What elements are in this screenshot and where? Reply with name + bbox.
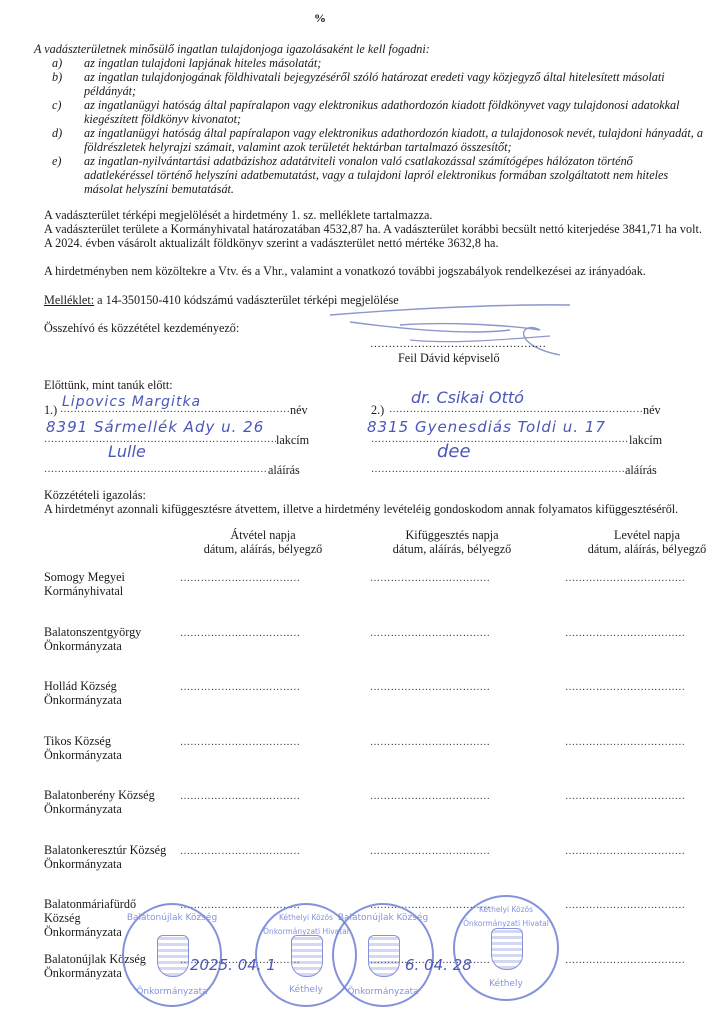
list-item: b)az ingatlan tulajdonjogának földhivata… [34, 70, 704, 98]
removal-field[interactable]: ……………………………………… [565, 736, 685, 750]
list-item: a)az ingatlan tulajdoni lapjának hiteles… [34, 56, 704, 70]
handwritten-signature: dee [437, 445, 471, 459]
table-row-label: Balatonkeresztúr KözségÖnkormányzata [44, 843, 174, 871]
removal-field[interactable]: ……………………………………… [565, 681, 685, 695]
posting-field[interactable]: ……………………………………… [370, 736, 490, 750]
table-row-label: BalatonszentgyörgyÖnkormányzata [44, 625, 174, 653]
list-item: d)az ingatlanügyi hatóság által papírala… [34, 126, 704, 154]
office-stamp: Kéthelyi Közös Önkormányzati Hivatal Két… [453, 895, 559, 1001]
map-note: A vadászterület térképi megjelölését a h… [44, 208, 704, 222]
receipt-field[interactable]: ……………………………………… [180, 572, 300, 586]
page-mark: % [0, 11, 640, 25]
attachment-label: Melléklet: [44, 293, 94, 307]
removal-field[interactable]: ……………………………………… [565, 845, 685, 859]
signature-line: ………………………………………… [370, 337, 598, 351]
publication-heading: Közzétételi igazolás: [44, 488, 704, 502]
removal-field[interactable]: ……………………………………… [565, 627, 685, 641]
posting-field[interactable]: ……………………………………… [370, 681, 490, 695]
coat-of-arms-icon [491, 928, 523, 970]
coat-of-arms-icon [368, 935, 400, 977]
receipt-field[interactable]: ……………………………………… [180, 845, 300, 859]
handwritten-stamp-date: 6. 04. 28 [405, 958, 472, 972]
posting-field[interactable]: ……………………………………… [370, 627, 490, 641]
receipt-field[interactable]: ……………………………………… [180, 790, 300, 804]
posting-field[interactable]: ……………………………………… [370, 790, 490, 804]
publication-statement: A hirdetményt azonnali kifüggesztésre át… [44, 502, 704, 516]
list-item: c)az ingatlanügyi hatóság által papírala… [34, 98, 704, 126]
removal-field[interactable]: ……………………………………… [565, 954, 685, 968]
receipt-field[interactable]: ……………………………………… [180, 736, 300, 750]
coat-of-arms-icon [157, 935, 189, 977]
receipt-field[interactable]: ……………………………………… [180, 681, 300, 695]
removal-field[interactable]: ……………………………………… [565, 790, 685, 804]
requirements-list: a)az ingatlan tulajdoni lapjának hiteles… [34, 56, 704, 196]
handwritten-address: 8391 Sármellék Ady u. 26 [46, 420, 264, 434]
removal-field[interactable]: ……………………………………… [565, 899, 685, 913]
table-row-label: Tikos KözségÖnkormányzata [44, 734, 174, 762]
witness-2-name-field[interactable]: 2.) ………………………………………………………………… név dr. Cs… [371, 403, 691, 417]
area-note: A vadászterület területe a Kormányhivata… [44, 222, 704, 250]
witnesses-heading: Előttünk, mint tanúk előtt: [44, 378, 704, 392]
handwritten-name: Lipovics Margitka [62, 395, 201, 409]
handwritten-signature: Lulle [108, 445, 146, 459]
table-row-label: Balatonberény KözségÖnkormányzata [44, 788, 174, 816]
posting-field[interactable]: ……………………………………… [370, 845, 490, 859]
municipal-stamp: Balatonújlak Község Önkormányzata [122, 903, 222, 1007]
coat-of-arms-icon [291, 935, 323, 977]
handwritten-name: dr. Csikai Ottó [411, 391, 524, 405]
intro-text: A vadászterületnek minősülő ingatlan tul… [34, 42, 704, 56]
column-header-removal: Levétel napja dátum, aláírás, bélyegző [552, 528, 724, 556]
receipt-field[interactable]: ……………………………………… [180, 627, 300, 641]
law-note: A hirdetményben nem közöltekre a Vtv. és… [44, 264, 704, 278]
table-row-label: Somogy MegyeiKormányhivatal [44, 570, 174, 598]
posting-field[interactable]: ……………………………………… [370, 572, 490, 586]
table-row-label: Hollád KözségÖnkormányzata [44, 679, 174, 707]
signatory-name: Feil Dávid képviselő [398, 351, 500, 365]
municipal-stamp: Balatonújlak Község Önkormányzata [332, 903, 434, 1007]
removal-field[interactable]: ……………………………………… [565, 572, 685, 586]
handwritten-address: 8315 Gyenesdiás Toldi u. 17 [367, 420, 606, 434]
handwritten-stamp-date: 2025. 04. 1 [190, 958, 276, 972]
list-item: e)az ingatlan-nyilvántartási adatbázisho… [34, 154, 704, 196]
column-header-receipt: Átvétel napja dátum, aláírás, bélyegző [168, 528, 358, 556]
witness-1-name-field[interactable]: 1.) ………………………………………………………………… név Lipovi… [44, 403, 334, 417]
column-header-posting: Kifüggesztés napja dátum, aláírás, bélye… [357, 528, 547, 556]
